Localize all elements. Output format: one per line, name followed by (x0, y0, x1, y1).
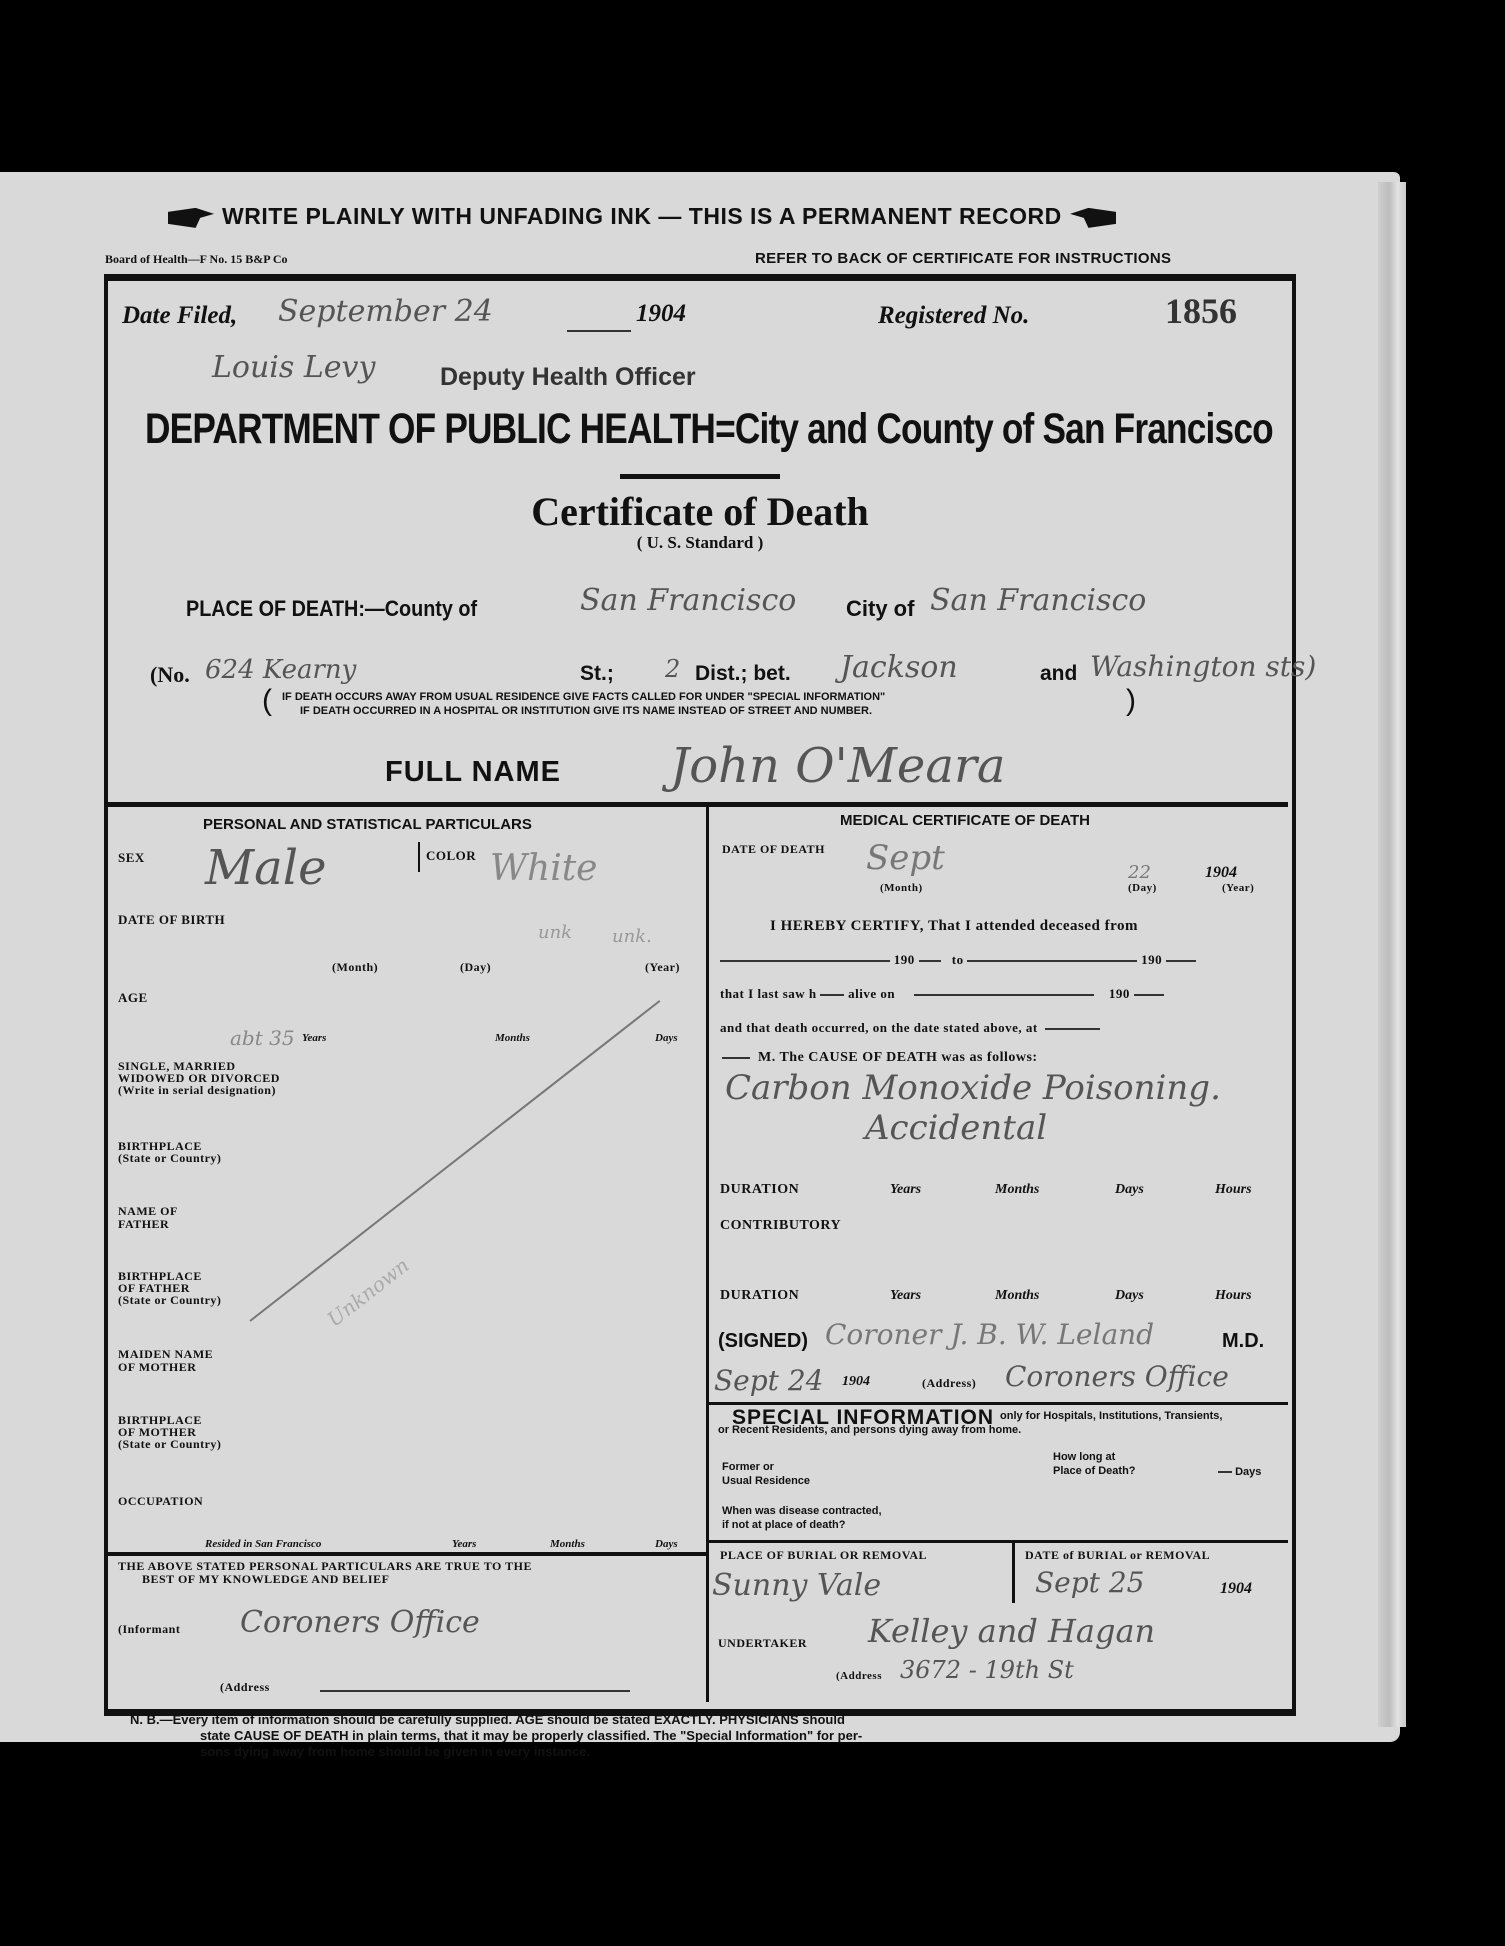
sex-label: SEX (118, 850, 145, 866)
age-months-label: Months (495, 1032, 530, 1044)
registered-label: Registered No. (878, 302, 1029, 330)
signed-date-value: Sept 24 (714, 1364, 823, 1397)
banner-text: WRITE PLAINLY WITH UNFADING INK — THIS I… (222, 203, 1062, 229)
resided-days-label: Days (655, 1538, 678, 1550)
dob-year-label: (Year) (645, 960, 680, 975)
refer-instructions: REFER TO BACK OF CERTIFICATE FOR INSTRUC… (755, 250, 1171, 267)
death-day-value: 22 (1128, 862, 1151, 883)
undertaker-label: UNDERTAKER (718, 1636, 807, 1651)
duration-2-months-label: Months (995, 1288, 1039, 1304)
informant-label: (Informant (118, 1622, 180, 1637)
age-value: abt 35 (230, 1026, 295, 1050)
date-of-death-label: DATE OF DEATH (722, 842, 825, 857)
attest-divider (108, 1552, 706, 1556)
burial-date-value: Sept 25 (1035, 1566, 1144, 1599)
department-title: DEPARTMENT OF PUBLIC HEALTH=City and Cou… (145, 405, 1273, 454)
contributory-label: CONTRIBUTORY (720, 1218, 841, 1234)
death-day-label: (Day) (1128, 882, 1157, 894)
attendance-dates-line: 190 to 190 (720, 952, 1196, 968)
death-month-value: Sept (866, 838, 945, 878)
cause-of-death-value: Carbon Monoxide Poisoning. (725, 1068, 1221, 1108)
signed-year-value: 1904 (842, 1374, 870, 1390)
undertaker-address-label: (Address (836, 1670, 882, 1682)
special-divider (706, 1402, 1288, 1405)
cause-of-death-label: M. The CAUSE OF DEATH was as follows: (722, 1050, 1038, 1066)
undertaker-address-value: 3672 - 19th St (900, 1656, 1074, 1684)
street-no-label: (No. (150, 662, 190, 688)
full-name-value: John O'Meara (670, 738, 1006, 794)
between-street-2: Washington sts) (1090, 650, 1316, 683)
duration-2-hours-label: Hours (1215, 1288, 1252, 1304)
banner: WRITE PLAINLY WITH UNFADING INK — THIS I… (160, 203, 1124, 230)
certificate-title: Certificate of Death (0, 488, 1400, 535)
dob-day-value: unk (538, 922, 572, 943)
father-birthplace-label: BIRTHPLACEOF FATHER(State or Country) (118, 1270, 221, 1306)
residence-note-2: IF DEATH OCCURRED IN A HOSPITAL OR INSTI… (300, 704, 872, 718)
attestation-text: THE ABOVE STATED PERSONAL PARTICULARS AR… (118, 1560, 532, 1586)
officer-signature: Louis Levy (212, 350, 375, 385)
date-filed-value: September 24 (278, 294, 493, 329)
burial-date-label: DATE of BURIAL or REMOVAL (1025, 1548, 1210, 1563)
undertaker-value: Kelley and Hagan (868, 1612, 1155, 1650)
between-street-1: Jackson (840, 650, 958, 685)
death-year-label: (Year) (1222, 882, 1254, 894)
duration-years-label: Years (890, 1182, 921, 1198)
duration-2-years-label: Years (890, 1288, 921, 1304)
burial-place-label: PLACE OF BURIAL OR REMOVAL (720, 1548, 927, 1563)
father-name-label: NAME OFFATHER (118, 1205, 178, 1231)
dob-day-label: (Day) (460, 960, 491, 975)
page-edge (1378, 182, 1406, 1727)
physician-address-value: Coroners Office (1005, 1360, 1229, 1393)
personal-heading: PERSONAL AND STATISTICAL PARTICULARS (203, 816, 532, 833)
duration-months-label: Months (995, 1182, 1039, 1198)
occupation-label: OCCUPATION (118, 1494, 203, 1509)
pointing-hand-icon (168, 208, 214, 228)
note-paren-open: ( (262, 684, 272, 718)
last-saw-line: that I last saw h alive on 190 (720, 986, 1164, 1002)
dob-year-value: unk. (612, 926, 652, 947)
city-label: City of (846, 596, 914, 622)
board-of-health-form-id: Board of Health—F No. 15 B&P Co (105, 252, 288, 267)
footer-note: N. B.—Every item of information should b… (130, 1712, 1230, 1760)
informant-address-label: (Address (220, 1680, 270, 1695)
color-divider (418, 842, 420, 872)
duration-days-label: Days (1115, 1182, 1144, 1198)
former-residence-label: Former orUsual Residence (722, 1460, 810, 1488)
color-value: White (490, 848, 597, 889)
dob-label: DATE OF BIRTH (118, 912, 225, 928)
duration-hours-label: Hours (1215, 1182, 1252, 1198)
date-filed-label: Date Filed, (122, 302, 237, 330)
informant-address-blank (320, 1690, 630, 1692)
registered-number: 1856 (1165, 290, 1237, 332)
mother-birthplace-label: BIRTHPLACEOF MOTHER(State or Country) (118, 1414, 221, 1450)
duration-2-days-label: Days (1115, 1288, 1144, 1304)
street-label: St.; (580, 662, 614, 686)
burial-column-divider (1012, 1543, 1015, 1603)
duration-label: DURATION (720, 1182, 799, 1198)
disease-contracted-label: When was disease contracted,if not at pl… (722, 1504, 882, 1532)
and-label: and (1040, 662, 1077, 686)
signed-value: Coroner J. B. W. Leland (825, 1318, 1154, 1351)
burial-year-value: 1904 (1220, 1580, 1252, 1598)
informant-value: Coroners Office (240, 1605, 480, 1640)
medical-heading: MEDICAL CERTIFICATE OF DEATH (840, 812, 1090, 829)
date-filed-blank (567, 330, 631, 332)
age-label: AGE (118, 990, 148, 1006)
resided-months-label: Months (550, 1538, 585, 1550)
death-year-value: 1904 (1205, 864, 1237, 882)
cause-manner-value: Accidental (865, 1108, 1047, 1148)
column-divider (706, 807, 709, 1702)
how-long-days-label: Days (1218, 1466, 1261, 1478)
standard-subtitle: ( U. S. Standard ) (0, 533, 1400, 553)
county-value: San Francisco (580, 583, 796, 618)
officer-title: Deputy Health Officer (440, 363, 696, 392)
certify-statement: I HEREBY CERTIFY, That I attended deceas… (770, 918, 1138, 935)
death-month-label: (Month) (880, 882, 923, 894)
residence-note-1: IF DEATH OCCURS AWAY FROM USUAL RESIDENC… (282, 690, 885, 704)
dob-month-label: (Month) (332, 960, 378, 975)
birthplace-label: BIRTHPLACE(State or Country) (118, 1140, 221, 1164)
burial-place-value: Sunny Vale (712, 1568, 881, 1603)
death-occurred-line: and that death occurred, on the date sta… (720, 1020, 1100, 1036)
special-info-note-2: or Recent Residents, and persons dying a… (718, 1424, 1021, 1436)
title-divider (620, 474, 780, 479)
md-label: M.D. (1222, 1330, 1264, 1353)
physician-address-label: (Address) (922, 1376, 976, 1391)
color-label: COLOR (426, 848, 476, 864)
special-info-note-1: only for Hospitals, Institutions, Transi… (1000, 1410, 1222, 1422)
resided-years-label: Years (452, 1538, 476, 1550)
note-paren-close: ) (1126, 684, 1136, 718)
district-label: Dist.; bet. (695, 662, 791, 686)
mother-maiden-name-label: MAIDEN NAMEOF MOTHER (118, 1348, 213, 1374)
street-address-value: 624 Kearny (205, 655, 356, 685)
age-days-label: Days (655, 1032, 678, 1044)
age-years-label: Years (302, 1032, 326, 1044)
city-value: San Francisco (930, 583, 1146, 618)
pointing-hand-icon (1070, 208, 1116, 228)
duration-2-label: DURATION (720, 1288, 799, 1304)
full-name-label: FULL NAME (385, 756, 561, 789)
date-filed-year: 1904 (636, 300, 686, 328)
marital-label: SINGLE, MARRIEDWIDOWED OR DIVORCED(Write… (118, 1060, 280, 1096)
burial-divider (706, 1540, 1288, 1543)
section-divider (108, 802, 1288, 807)
signed-label: (SIGNED) (718, 1330, 808, 1353)
place-of-death-label: PLACE OF DEATH:—County of (186, 596, 477, 622)
how-long-label: How long atPlace of Death? (1053, 1450, 1136, 1478)
ward-value: 2 (665, 655, 680, 683)
sex-value: Male (205, 840, 327, 896)
resided-label: Resided in San Francisco (205, 1538, 321, 1550)
